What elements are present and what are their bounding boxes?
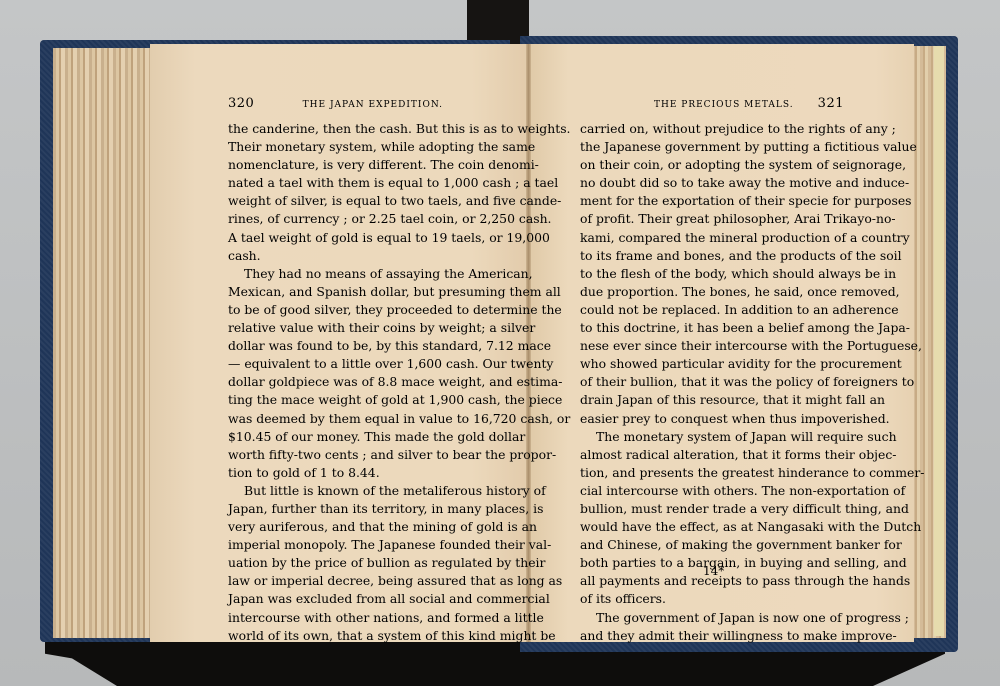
text-line: very auriferous, and that the mining of … (228, 518, 488, 536)
text-line: to the flesh of the body, which should a… (580, 265, 842, 283)
left-page-body: the canderine, then the cash. But this i… (228, 120, 488, 645)
page-number-right: 321 (818, 96, 844, 111)
text-line: ting the mace weight of gold at 1,900 ca… (228, 391, 488, 409)
page-number-left: 320 (228, 96, 254, 111)
text-line: of its officers. (580, 590, 842, 608)
text-line: Japan, further than its territory, in ma… (228, 500, 488, 518)
text-line: — equivalent to a little over 1,600 cash… (228, 355, 488, 373)
text-line: Japan was excluded from all social and c… (228, 590, 488, 608)
text-line: tion, and presents the greatest hinderan… (580, 464, 842, 482)
text-line: weight of silver, is equal to two taels,… (228, 192, 488, 210)
text-line: tion to gold of 1 to 8.44. (228, 464, 488, 482)
text-line: A tael weight of gold is equal to 19 tae… (228, 229, 488, 247)
text-line: to its frame and bones, and the products… (580, 247, 842, 265)
running-head-title-right: THE PRECIOUS METALS. (654, 100, 794, 110)
text-line: and Chinese, of making the government ba… (580, 536, 842, 554)
text-line: almost radical alteration, that it forms… (580, 446, 842, 464)
text-line: cial intercourse with others. The non-ex… (580, 482, 842, 500)
text-line: bullion, must render trade a very diffic… (580, 500, 842, 518)
text-line: drain Japan of this resource, that it mi… (580, 391, 842, 409)
text-line: intercourse with other nations, and form… (228, 609, 488, 627)
right-running-head: THE PRECIOUS METALS. 321 (654, 96, 844, 110)
text-line: dollar was found to be, by this standard… (228, 337, 488, 355)
text-line: The government of Japan is now one of pr… (580, 609, 842, 627)
text-line: easier prey to conquest when thus impove… (580, 410, 842, 428)
text-line: carried on, without prejudice to the rig… (580, 120, 842, 138)
text-line: the Japanese government by putting a fic… (580, 138, 842, 156)
text-line: Their monetary system, while adopting th… (228, 138, 488, 156)
text-line: and they admit their willingness to make… (580, 627, 842, 645)
text-line: rines, of currency ; or 2.25 tael coin, … (228, 210, 488, 228)
text-line: $10.45 of our money. This made the gold … (228, 428, 488, 446)
text-line: The monetary system of Japan will requir… (580, 428, 842, 446)
text-line: world of its own, that a system of this … (228, 627, 488, 645)
text-line: imperial monopoly. The Japanese founded … (228, 536, 488, 554)
left-running-head: 320 THE JAPAN EXPEDITION. (228, 96, 500, 111)
text-line: could not be replaced. In addition to an… (580, 301, 842, 319)
text-line: would have the effect, as at Nangasaki w… (580, 518, 842, 536)
text-line: to this doctrine, it has been a belief a… (580, 319, 842, 337)
text-line: They had no means of assaying the Americ… (228, 265, 488, 283)
text-line: who showed particular avidity for the pr… (580, 355, 842, 373)
signature-mark: 14* (703, 564, 724, 578)
text-line: was deemed by them equal in value to 16,… (228, 410, 488, 428)
text-line: the canderine, then the cash. But this i… (228, 120, 488, 138)
text-line: to be of good silver, they proceeded to … (228, 301, 488, 319)
text-line: nomenclature, is very different. The coi… (228, 156, 488, 174)
text-line: due proportion. The bones, he said, once… (580, 283, 842, 301)
text-line: nated a tael with them is equal to 1,000… (228, 174, 488, 192)
endpaper-right (934, 46, 944, 636)
text-line: relative value with their coins by weigh… (228, 319, 488, 337)
text-line: kami, compared the mineral production of… (580, 229, 842, 247)
text-line: of their bullion, that it was the policy… (580, 373, 842, 391)
running-head-title-left: THE JAPAN EXPEDITION. (303, 100, 443, 110)
text-line: Mexican, and Spanish dollar, but presumi… (228, 283, 488, 301)
text-line: But little is known of the metaliferous … (228, 482, 488, 500)
text-line: cash. (228, 247, 488, 265)
text-line: on their coin, or adopting the system of… (580, 156, 842, 174)
page-edges-left (53, 48, 153, 638)
text-line: of profit. Their great philosopher, Arai… (580, 210, 842, 228)
text-line: worth fifty-two cents ; and silver to be… (228, 446, 488, 464)
text-line: no doubt did so to take away the motive … (580, 174, 842, 192)
text-line: nese ever since their intercourse with t… (580, 337, 842, 355)
text-line: ment for the exportation of their specie… (580, 192, 842, 210)
text-line: dollar goldpiece was of 8.8 mace weight,… (228, 373, 488, 391)
text-line: law or imperial decree, being assured th… (228, 572, 488, 590)
text-line: uation by the price of bullion as regula… (228, 554, 488, 572)
